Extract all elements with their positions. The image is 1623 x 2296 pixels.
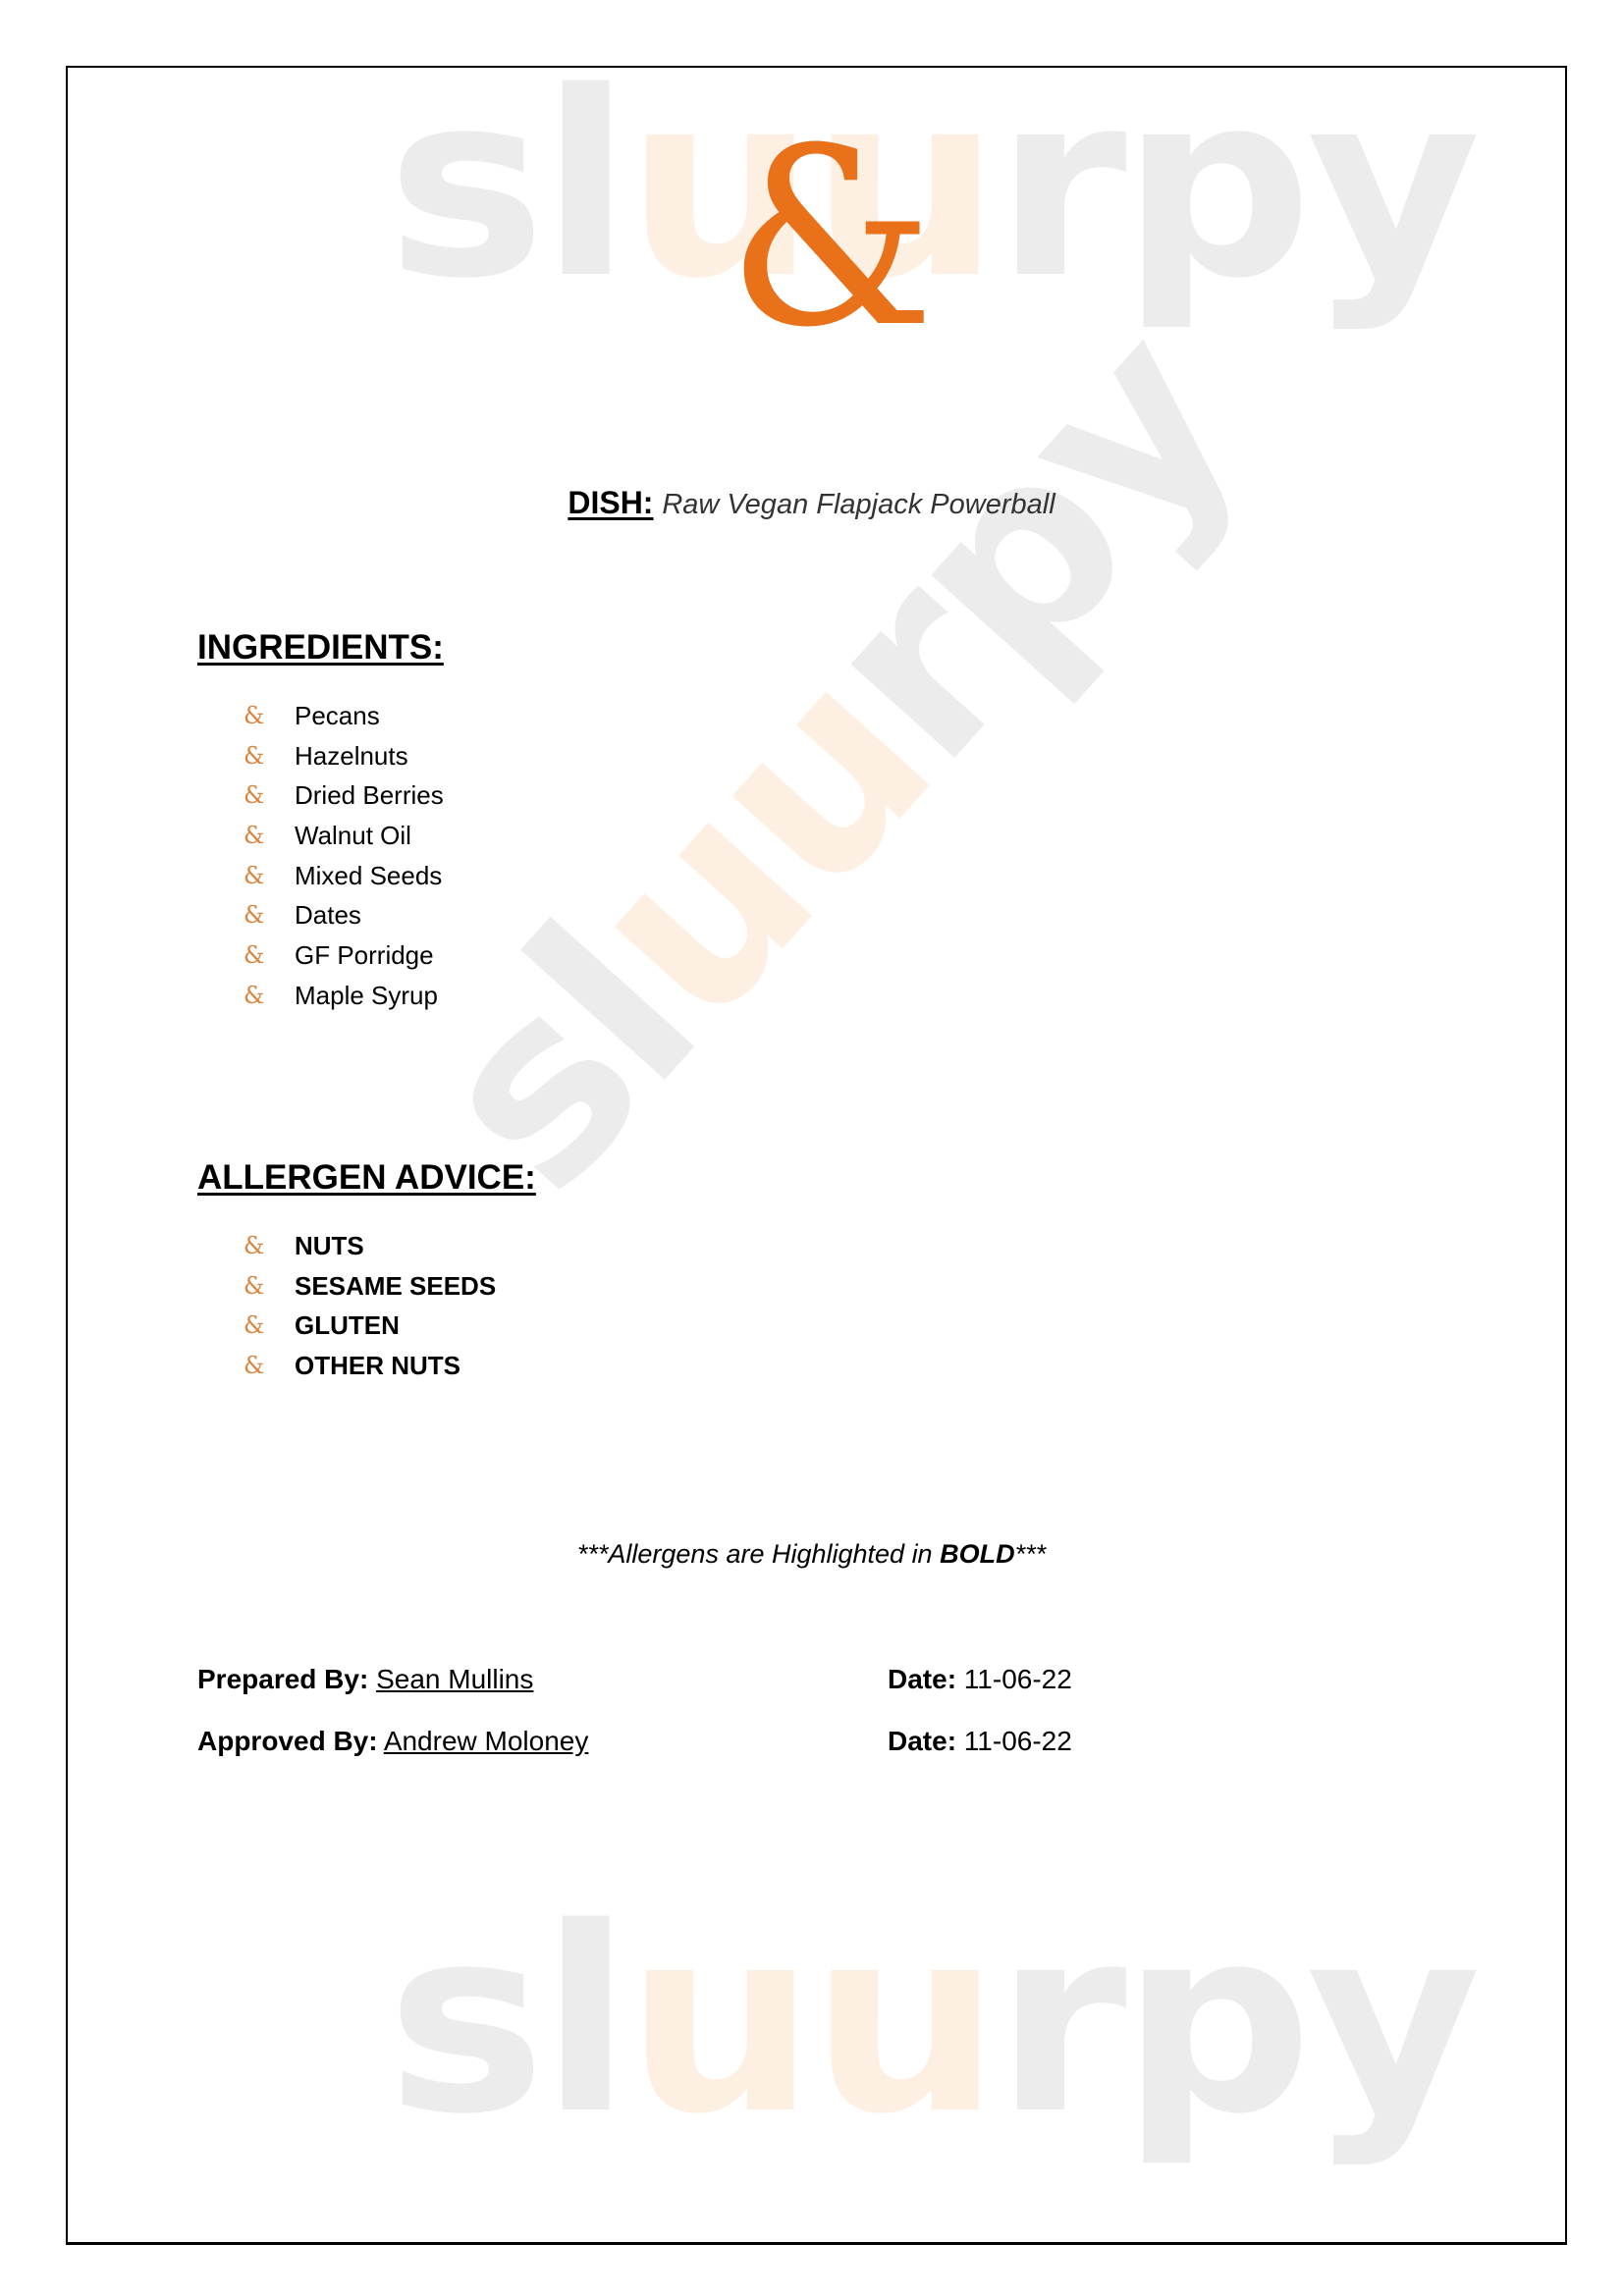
list-item-text: Dates xyxy=(295,895,361,935)
list-item-text: Maple Syrup xyxy=(295,976,438,1016)
ampersand-bullet-icon: & xyxy=(243,935,295,976)
list-item-text: GF Porridge xyxy=(295,935,434,976)
approved-date: Date: 11-06-22 xyxy=(888,1726,1072,1757)
ampersand-bullet-icon: & xyxy=(243,816,295,856)
list-item-text: NUTS xyxy=(295,1226,364,1266)
list-item-text: GLUTEN xyxy=(295,1306,400,1346)
dish-name: Raw Vegan Flapjack Powerball xyxy=(662,489,1055,520)
ampersand-bullet-icon: & xyxy=(243,696,295,736)
allergen-heading: ALLERGEN ADVICE: xyxy=(197,1158,536,1198)
ampersand-bullet-icon: & xyxy=(243,895,295,935)
list-item-text: SESAME SEEDS xyxy=(295,1266,496,1307)
ampersand-bullet-icon: & xyxy=(243,1266,295,1307)
list-item-text: OTHER NUTS xyxy=(295,1346,460,1386)
allergen-list: &NUTS&SESAME SEEDS&GLUTEN&OTHER NUTS xyxy=(243,1226,496,1386)
ampersand-bullet-icon: & xyxy=(243,1226,295,1266)
dish-title: DISH: Raw Vegan Flapjack Powerball xyxy=(0,485,1623,521)
ampersand-bullet-icon: & xyxy=(243,976,295,1016)
page-border xyxy=(66,66,1567,2245)
list-item: &Mixed Seeds xyxy=(243,856,444,896)
prepared-date: Date: 11-06-22 xyxy=(888,1664,1072,1695)
ampersand-bullet-icon: & xyxy=(243,1306,295,1346)
list-item: &Hazelnuts xyxy=(243,736,444,776)
list-item: &Pecans xyxy=(243,696,444,736)
approved-name: Andrew Moloney xyxy=(384,1726,589,1756)
ampersand-bullet-icon: & xyxy=(243,1346,295,1386)
approved-by: Approved By: Andrew Moloney xyxy=(197,1726,588,1757)
ampersand-bullet-icon: & xyxy=(243,736,295,776)
list-item: &GF Porridge xyxy=(243,935,444,976)
list-item-text: Hazelnuts xyxy=(295,736,408,776)
list-item: &Maple Syrup xyxy=(243,976,444,1016)
ingredients-heading: INGREDIENTS: xyxy=(197,628,444,667)
prepared-name: Sean Mullins xyxy=(376,1664,533,1694)
list-item: &GLUTEN xyxy=(243,1306,496,1346)
list-item: &Walnut Oil xyxy=(243,816,444,856)
list-item-text: Pecans xyxy=(295,696,380,736)
list-item-text: Mixed Seeds xyxy=(295,856,442,896)
list-item: &NUTS xyxy=(243,1226,496,1266)
dish-label: DISH: xyxy=(568,485,653,520)
ampersand-bullet-icon: & xyxy=(243,775,295,816)
list-item: &SESAME SEEDS xyxy=(243,1266,496,1307)
ingredients-list: &Pecans&Hazelnuts&Dried Berries&Walnut O… xyxy=(243,696,444,1016)
prepared-by: Prepared By: Sean Mullins xyxy=(197,1664,533,1695)
ampersand-bullet-icon: & xyxy=(243,856,295,896)
list-item: &OTHER NUTS xyxy=(243,1346,496,1386)
list-item-text: Dried Berries xyxy=(295,775,444,816)
allergen-note: ***Allergens are Highlighted in BOLD*** xyxy=(0,1539,1623,1570)
list-item: &Dried Berries xyxy=(243,775,444,816)
list-item-text: Walnut Oil xyxy=(295,816,411,856)
list-item: &Dates xyxy=(243,895,444,935)
ampersand-logo-icon: & xyxy=(728,116,935,361)
